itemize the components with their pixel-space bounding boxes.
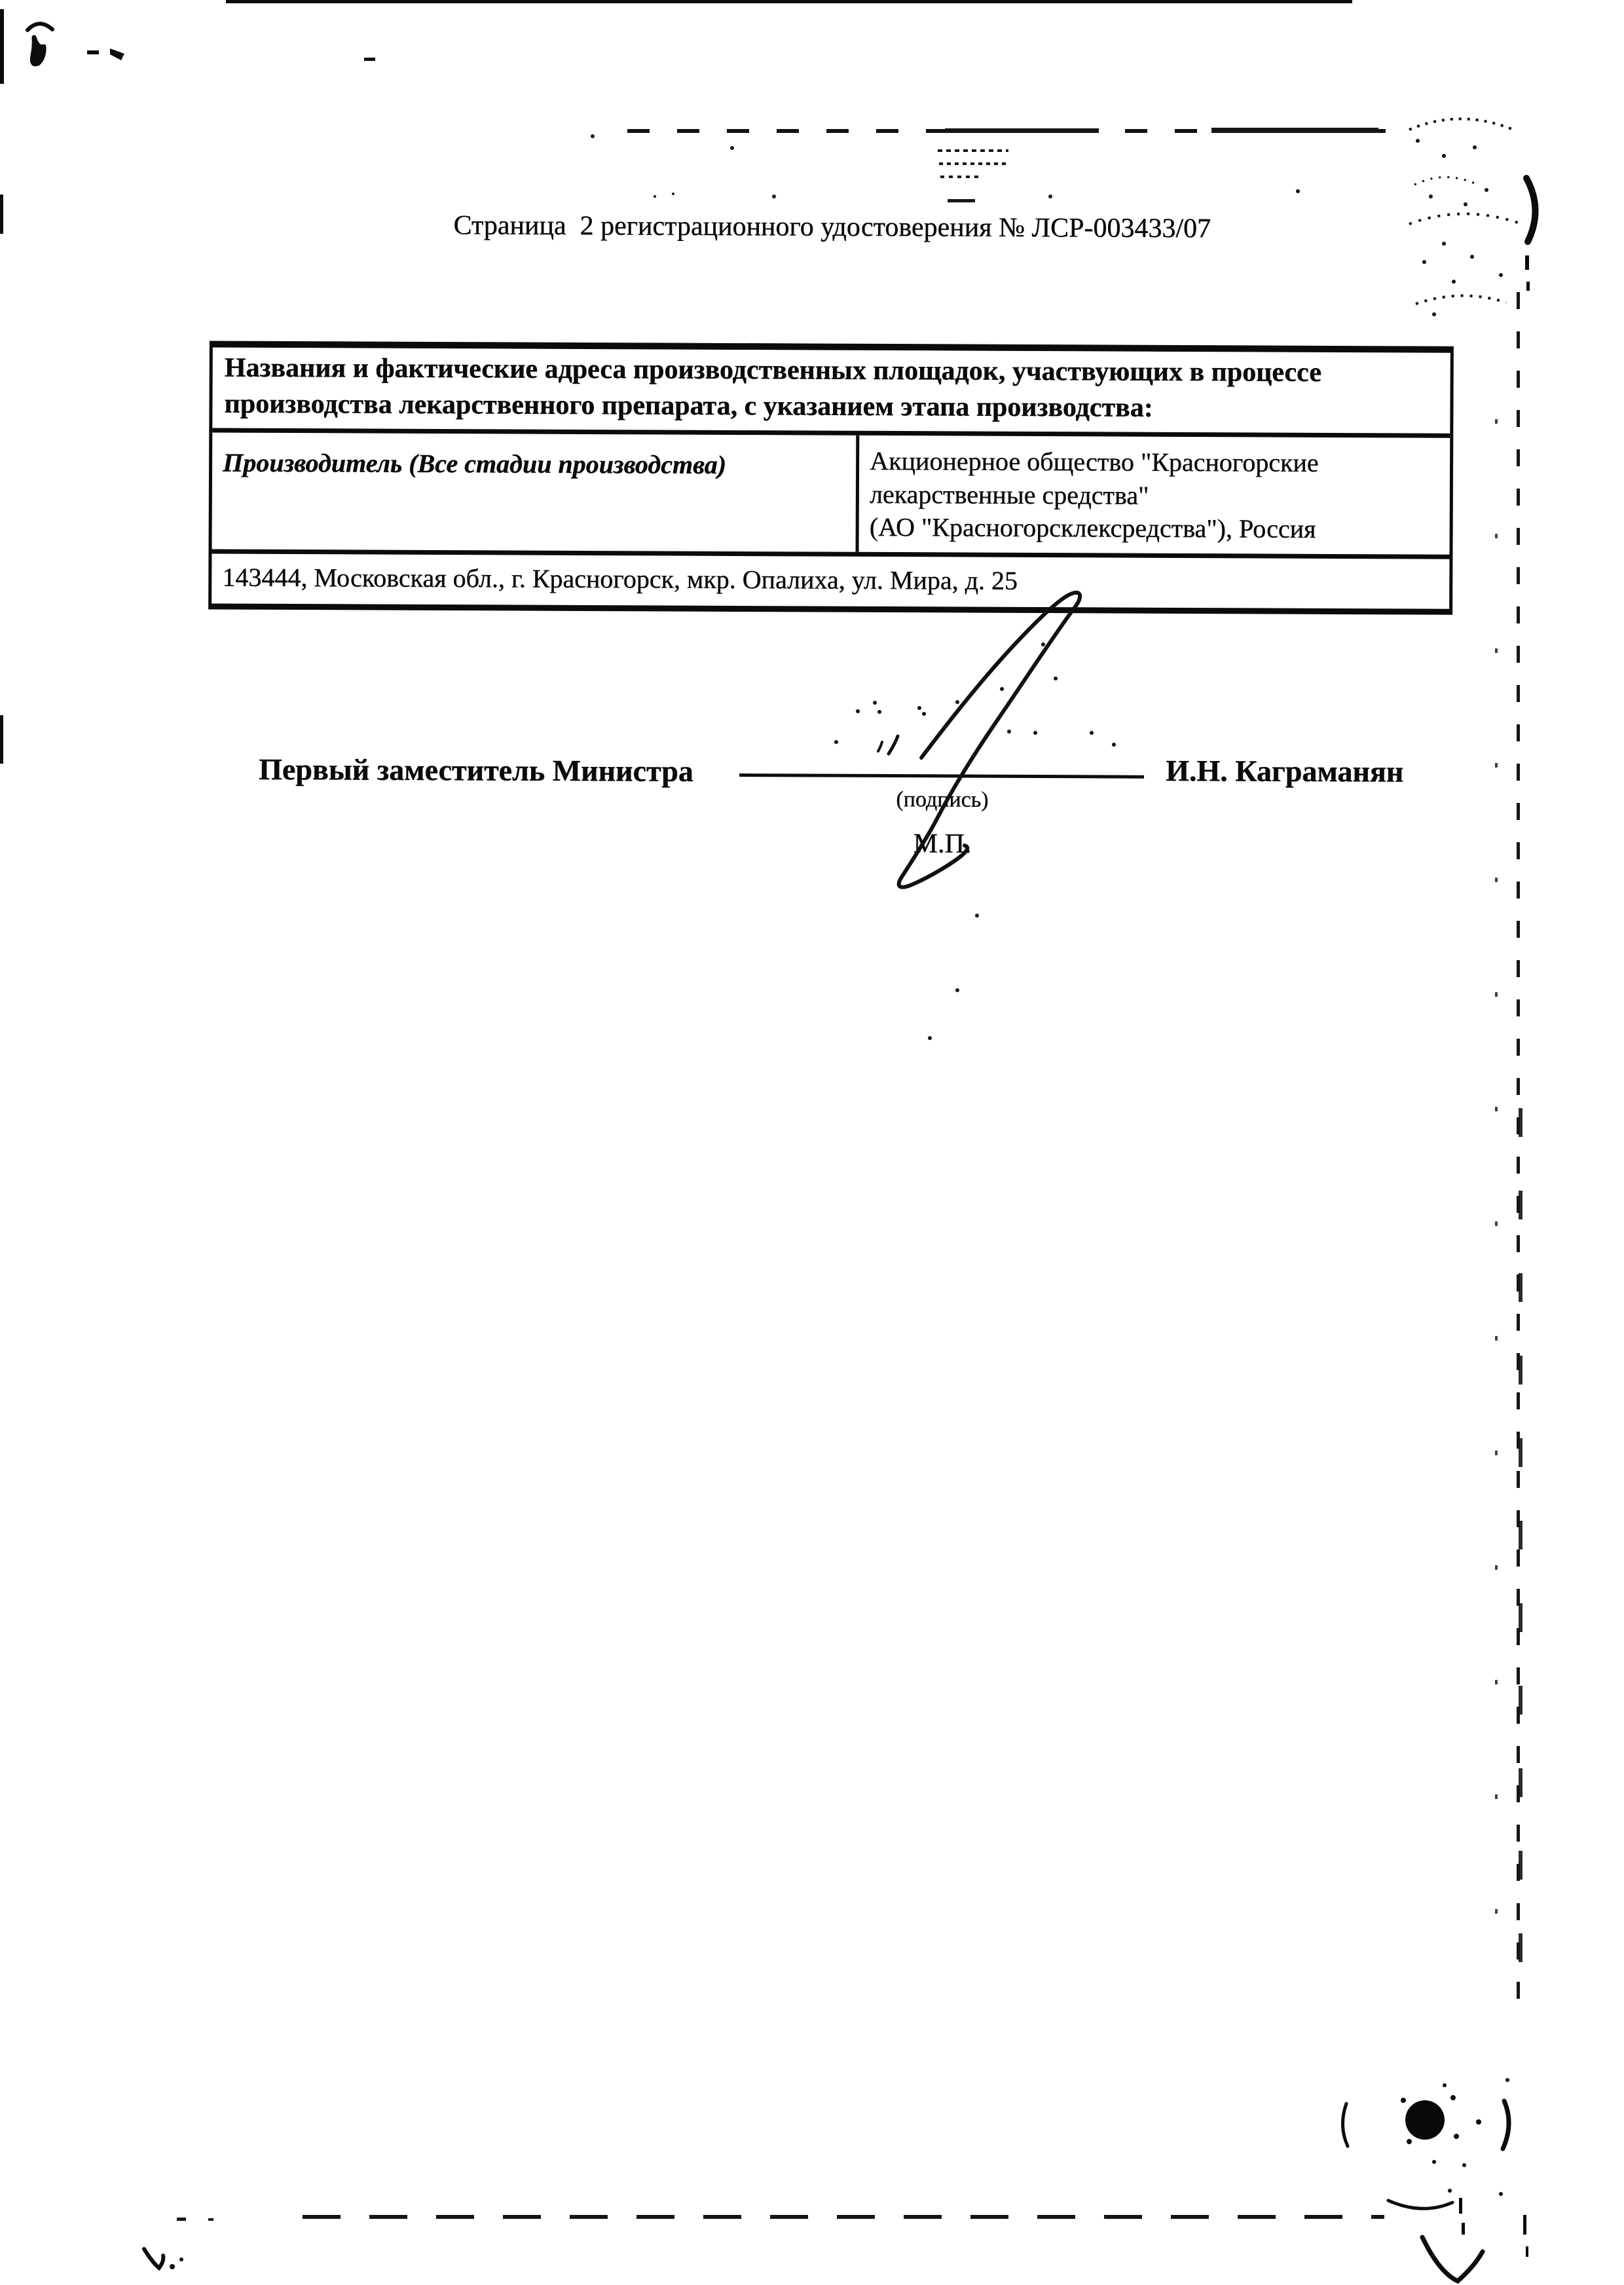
signature-caption: (подпись) <box>876 787 1009 813</box>
production-sites-table: Названия и фактические адреса производст… <box>208 341 1454 615</box>
scanned-document-page: Страница 2 регистрационного удостоверени… <box>0 0 1624 2285</box>
table-caption: Названия и фактические адреса производст… <box>212 347 1450 437</box>
signatory-position: Первый заместитель Министра <box>259 752 693 789</box>
producer-address-cell: 143444, Московская обл., г. Красногорск,… <box>212 554 1449 609</box>
page-title: Страница 2 регистрационного удостоверени… <box>276 208 1389 246</box>
signatory-name: И.Н. Каграманян <box>1166 753 1403 789</box>
table-row-producer: Производитель (Все стадии производства) … <box>212 432 1450 559</box>
stamp-mark: М.П. <box>913 828 971 859</box>
producer-name-cell: Акционерное общество "Красногорские лека… <box>859 436 1450 555</box>
signature-line <box>739 773 1144 779</box>
producer-role-cell: Производитель (Все стадии производства) <box>212 432 860 552</box>
